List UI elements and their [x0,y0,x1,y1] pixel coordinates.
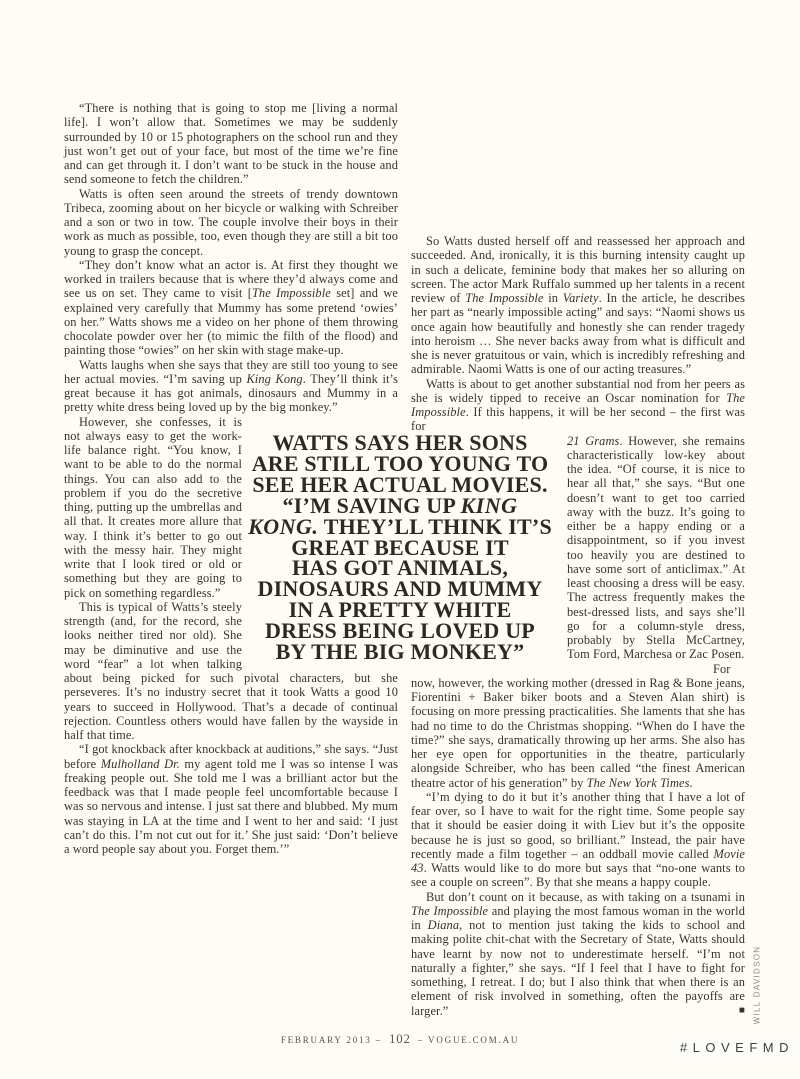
paragraph-text: But don’t count on it because, as with t… [411,890,745,1018]
paragraph: Watts laughs when she says that they are… [64,358,398,415]
paragraph: For now, however, the working mother (dr… [411,662,745,790]
paragraph: “I’m dying to do it but it’s another thi… [411,790,745,890]
paragraph: But don’t count on it because, as with t… [411,890,745,1018]
footer-page-number: 102 [386,1032,414,1046]
paragraph: “There is nothing that is going to stop … [64,101,398,187]
pull-quote: WATTS SAYS HER SONS ARE STILL TOO YOUNG … [240,433,560,663]
paragraph: “They don’t know what an actor is. At fi… [64,258,398,358]
paragraph: Watts is about to get another substantia… [411,377,745,434]
magazine-page: “There is nothing that is going to stop … [0,0,800,1079]
pull-quote-line: BY THE BIG MONKEY” [240,642,560,663]
paragraph: Watts is often seen around the streets o… [64,187,398,258]
paragraph: “I got knockback after knockback at audi… [64,742,398,856]
footer-issue-date: FEBRUARY 2013 – [281,1035,382,1045]
photographer-credit: WILL DAVIDSON [753,946,762,1025]
paragraph: So Watts dusted herself off and reassess… [411,234,745,377]
end-of-article-mark: ■ [724,1004,745,1018]
footer-site-url: – VOGUE.COM.AU [418,1035,519,1045]
lovefmd-watermark: #LOVEFMD [680,1040,794,1055]
